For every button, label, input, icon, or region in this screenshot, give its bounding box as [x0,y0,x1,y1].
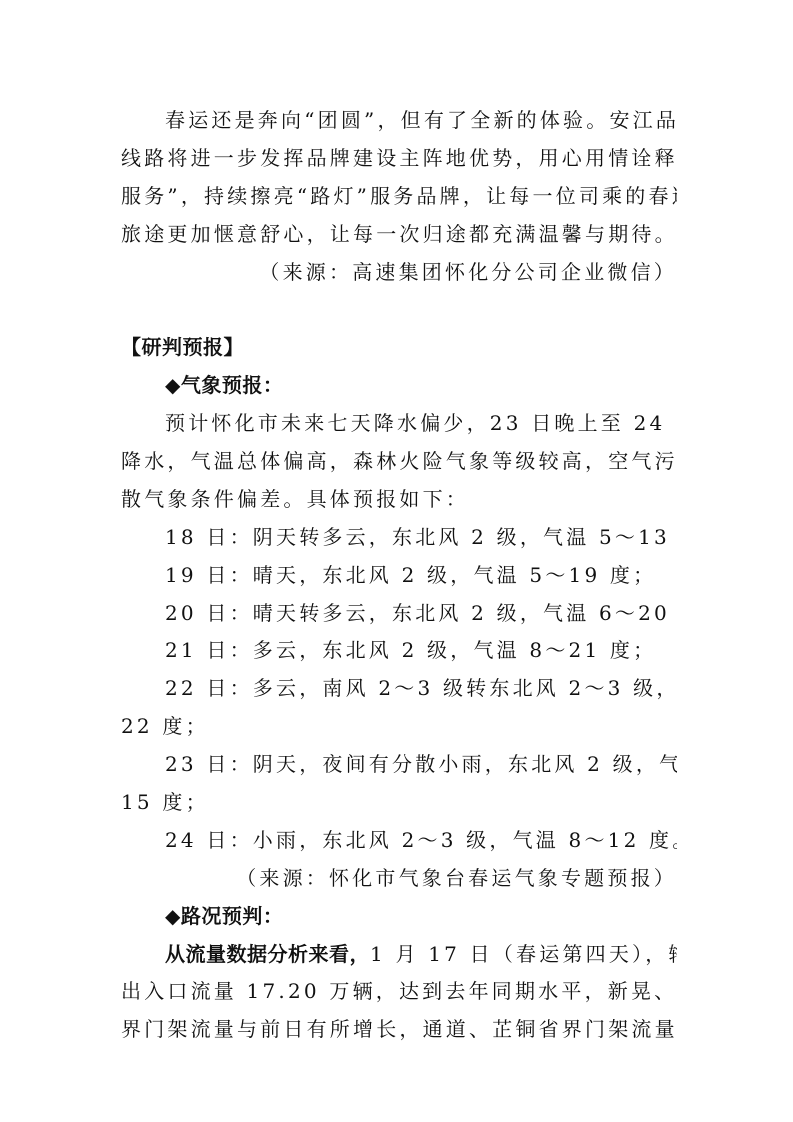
forecast-day-22-cont: 22 度； [121,708,677,746]
weather-summary-line: 预计怀化市未来七天降水偏少，23 日晚上至 24 日有弱 [121,405,677,443]
forecast-day-23-cont: 15 度； [121,784,677,822]
spacer [121,291,677,329]
forecast-day-21: 21 日：多云，东北风 2 级，气温 8～21 度； [121,632,677,670]
weather-source: （来源：怀化市气象台春运气象专题预报） [121,860,677,898]
road-lead-rest: 1 月 17 日（春运第四天），辖区 [370,942,677,966]
forecast-day-23: 23 日：阴天，夜间有分散小雨，东北风 2 级，气温 10～ [121,746,677,784]
weather-heading: ◆气象预报： [121,367,677,405]
weather-summary-line: 散气象条件偏差。具体预报如下： [121,481,677,519]
document-page: 春运还是奔向“团圆”，但有了全新的体验。安江品牌 线路将进一步发挥品牌建设主阵地… [121,102,677,1049]
intro-line: 春运还是奔向“团圆”，但有了全新的体验。安江品牌 [121,102,677,140]
forecast-day-24: 24 日：小雨，东北风 2～3 级，气温 8～12 度。 [121,822,677,860]
forecast-day-22: 22 日：多云，南风 2～3 级转东北风 2～3 级，气温 10～ [121,670,677,708]
road-lead-line: 从流量数据分析来看，1 月 17 日（春运第四天），辖区 [121,936,677,974]
forecast-day-19: 19 日：晴天，东北风 2 级，气温 5～19 度； [121,557,677,595]
section-title: 【研判预报】 [121,329,677,367]
intro-line: 服务”，持续擦亮“路灯”服务品牌，让每一位司乘的春运 [121,178,677,216]
forecast-day-20: 20 日：晴天转多云，东北风 2 级，气温 6～20 度； [121,595,677,633]
road-lead-bold: 从流量数据分析来看， [165,942,370,966]
weather-summary-line: 降水，气温总体偏高，森林火险气象等级较高，空气污染扩 [121,443,677,481]
intro-line: 线路将进一步发挥品牌建设主阵地优势，用心用情诠释“新 [121,140,677,178]
forecast-day-18: 18 日：阴天转多云，东北风 2 级，气温 5～13 度； [121,519,677,557]
road-line: 界门架流量与前日有所增长，通道、芷铜省界门架流量与前 [121,1011,677,1049]
road-line: 出入口流量 17.20 万辆，达到去年同期水平，新晃、靖黎省 [121,973,677,1011]
intro-source: （来源：高速集团怀化分公司企业微信） [121,254,677,292]
intro-line: 旅途更加惬意舒心，让每一次归途都充满温馨与期待。 [121,216,677,254]
road-heading: ◆路况预判： [121,898,677,936]
